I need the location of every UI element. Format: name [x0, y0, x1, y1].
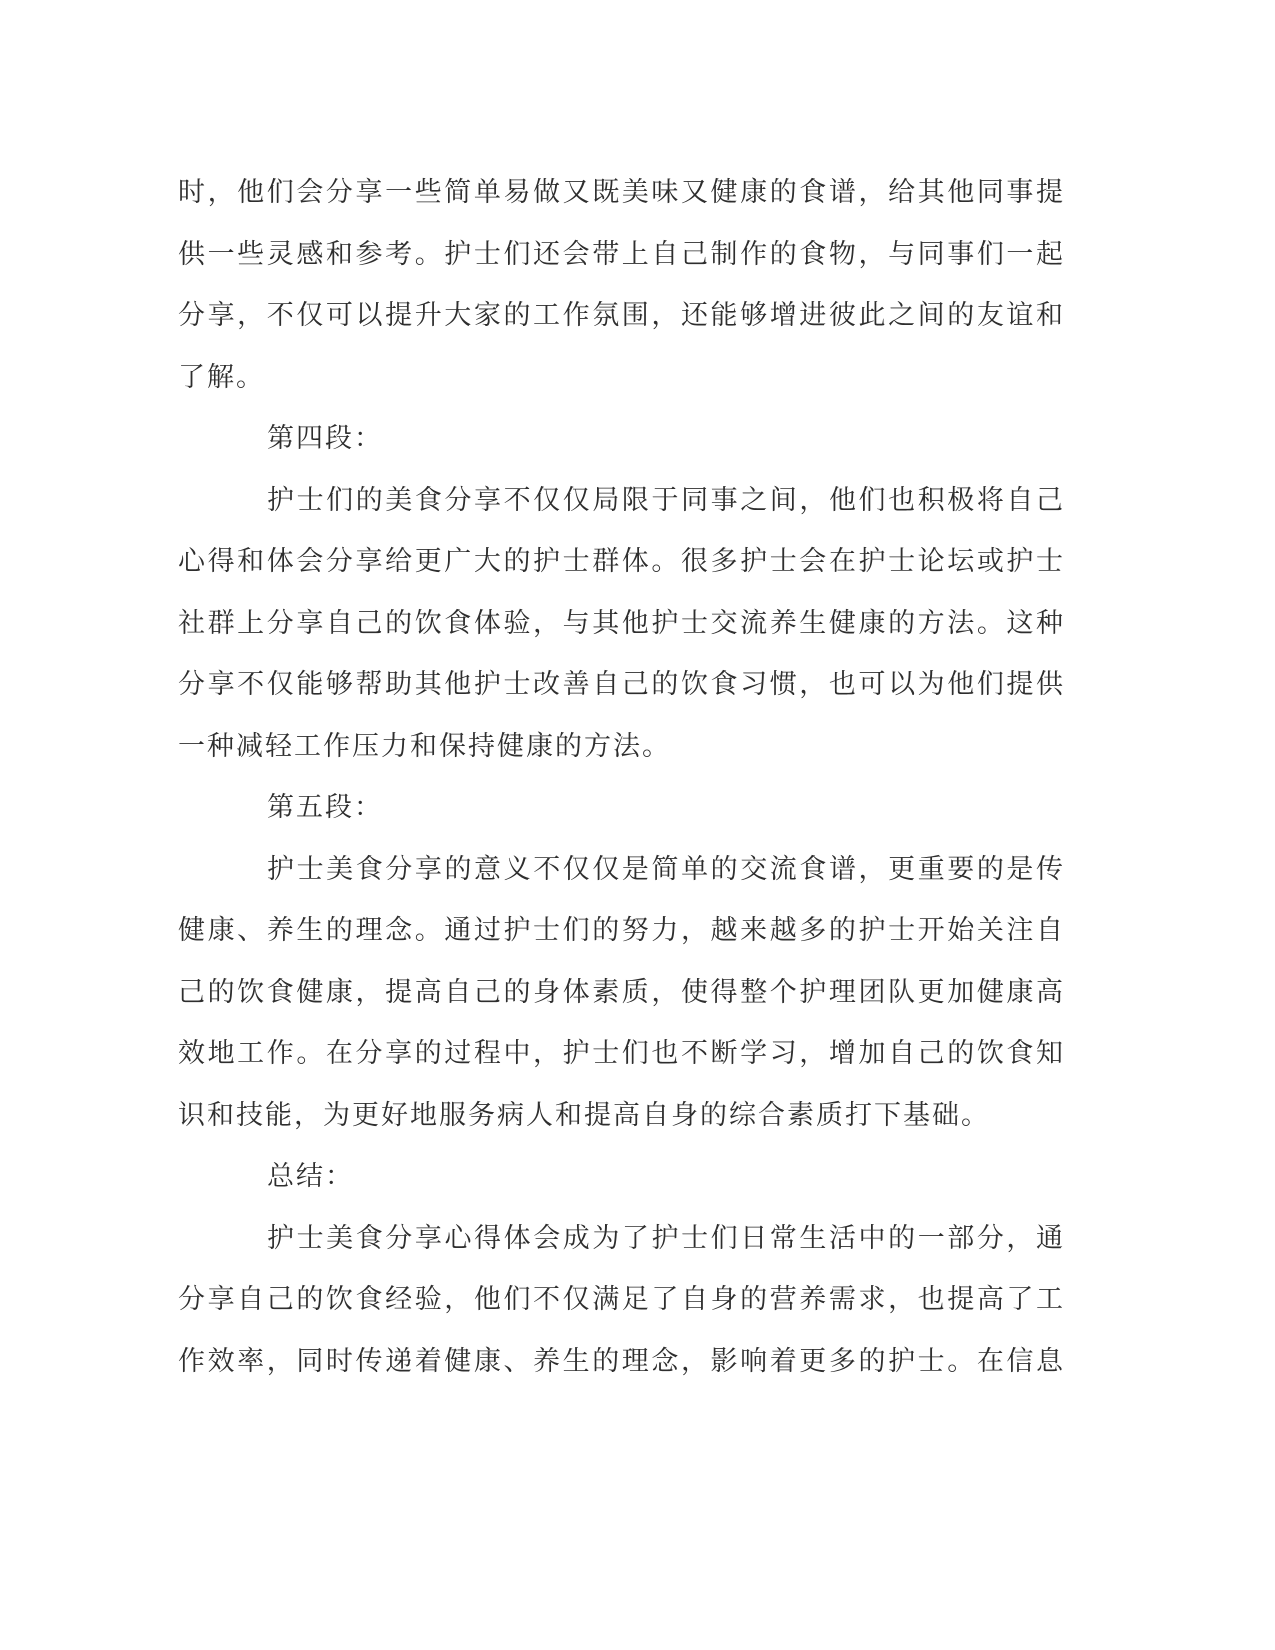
document-text-block: 时，他们会分享一些简单易做又既美味又健康的食谱，给其他同事提 供一些灵感和参考。… [178, 162, 1065, 1392]
text-line: 一种减轻工作压力和保持健康的方法。 [178, 716, 1065, 778]
section-label: 第五段： [178, 777, 1065, 839]
document-page: 时，他们会分享一些简单易做又既美味又健康的食谱，给其他同事提 供一些灵感和参考。… [0, 0, 1275, 1650]
text-line: 时，他们会分享一些简单易做又既美味又健康的食谱，给其他同事提 [178, 162, 1065, 224]
text-line: 识和技能，为更好地服务病人和提高自身的综合素质打下基础。 [178, 1085, 1065, 1147]
text-line: 护士美食分享心得体会成为了护士们日常生活中的一部分，通过 [178, 1208, 1065, 1270]
text-line: 护士们的美食分享不仅仅局限于同事之间，他们也积极将自己的 [178, 470, 1065, 532]
text-line: 分享不仅能够帮助其他护士改善自己的饮食习惯，也可以为他们提供 [178, 654, 1065, 716]
text-line: 分享，不仅可以提升大家的工作氛围，还能够增进彼此之间的友谊和 [178, 285, 1065, 347]
text-line: 社群上分享自己的饮食体验，与其他护士交流养生健康的方法。这种 [178, 593, 1065, 655]
text-line: 心得和体会分享给更广大的护士群体。很多护士会在护士论坛或护士 [178, 531, 1065, 593]
section-label: 第四段： [178, 408, 1065, 470]
text-line: 己的饮食健康，提高自己的身体素质，使得整个护理团队更加健康高 [178, 962, 1065, 1024]
text-line: 了解。 [178, 347, 1065, 409]
text-line: 效地工作。在分享的过程中，护士们也不断学习，增加自己的饮食知 [178, 1023, 1065, 1085]
section-label: 总结： [178, 1146, 1065, 1208]
text-line: 分享自己的饮食经验，他们不仅满足了自身的营养需求，也提高了工 [178, 1269, 1065, 1331]
text-line: 护士美食分享的意义不仅仅是简单的交流食谱，更重要的是传播 [178, 839, 1065, 901]
text-line: 健康、养生的理念。通过护士们的努力，越来越多的护士开始关注自 [178, 900, 1065, 962]
text-line: 供一些灵感和参考。护士们还会带上自己制作的食物，与同事们一起 [178, 224, 1065, 286]
text-line: 作效率，同时传递着健康、养生的理念，影响着更多的护士。在信息 [178, 1331, 1065, 1393]
